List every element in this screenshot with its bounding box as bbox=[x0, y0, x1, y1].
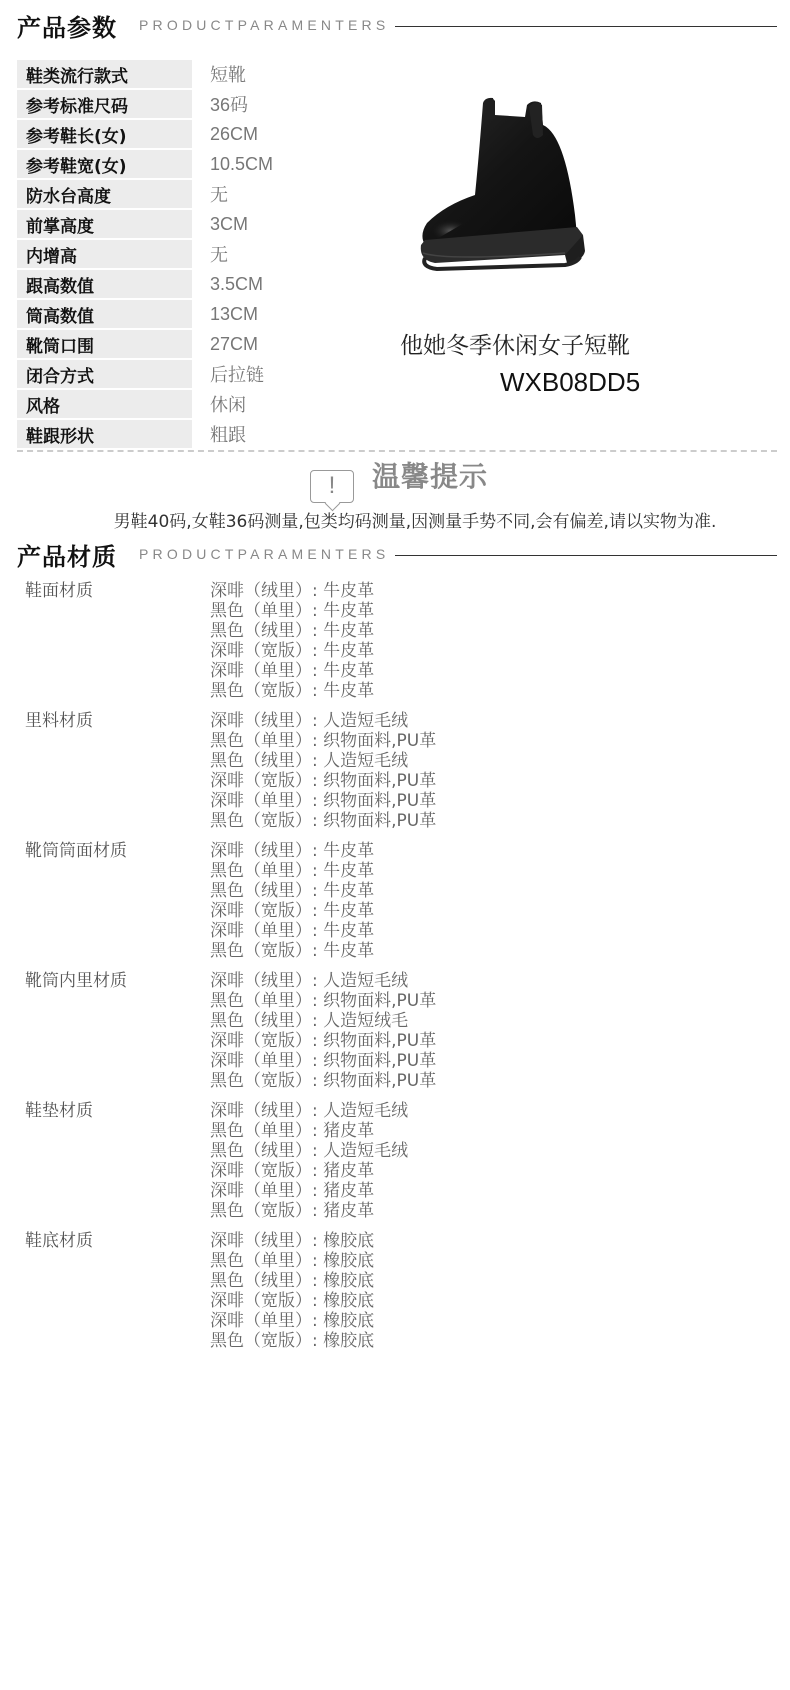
material-line: 黑色（单里）: 织物面料,PU革 bbox=[210, 731, 436, 751]
material-line: 深啡（绒里）: 牛皮革 bbox=[210, 581, 374, 601]
header-divider-line bbox=[395, 555, 777, 556]
param-value: 无 bbox=[192, 241, 228, 267]
param-row: 靴筒口围27CM bbox=[17, 329, 397, 359]
tip-text: 男鞋40码,女鞋36码测量,包类均码测量,因测量手势不同,会有偏差,请以实物为准… bbox=[0, 507, 790, 532]
product-code: WXB08DD5 bbox=[500, 367, 640, 398]
material-line: 黑色（绒里）: 人造短毛绒 bbox=[210, 1141, 408, 1161]
material-line: 黑色（单里）: 织物面料,PU革 bbox=[210, 991, 436, 1011]
material-line: 黑色（绒里）: 牛皮革 bbox=[210, 881, 374, 901]
material-line: 深啡（单里）: 织物面料,PU革 bbox=[210, 791, 436, 811]
params-section-title: 产品参数 bbox=[17, 8, 117, 43]
param-label: 风格 bbox=[17, 390, 192, 418]
param-value: 无 bbox=[192, 181, 228, 207]
param-label: 内增高 bbox=[17, 240, 192, 268]
param-label: 筒高数值 bbox=[17, 300, 192, 328]
param-value: 3.5CM bbox=[192, 274, 263, 295]
header-divider-line bbox=[395, 26, 777, 27]
materials-section-title: 产品材质 bbox=[17, 537, 117, 572]
materials-list: 鞋面材质 深啡（绒里）: 牛皮革 黑色（单里）: 牛皮革 黑色（绒里）: 牛皮革… bbox=[25, 581, 725, 1361]
material-line: 黑色（宽版）: 牛皮革 bbox=[210, 941, 374, 961]
material-line: 深啡（宽版）: 牛皮革 bbox=[210, 901, 374, 921]
material-group: 鞋面材质 深啡（绒里）: 牛皮革 黑色（单里）: 牛皮革 黑色（绒里）: 牛皮革… bbox=[25, 581, 725, 701]
param-row: 鞋跟形状粗跟 bbox=[17, 419, 397, 449]
param-row: 防水台高度无 bbox=[17, 179, 397, 209]
param-value: 短靴 bbox=[192, 61, 246, 87]
material-line: 深啡（单里）: 橡胶底 bbox=[210, 1311, 374, 1331]
material-line: 黑色（单里）: 牛皮革 bbox=[210, 601, 374, 621]
param-value: 3CM bbox=[192, 214, 248, 235]
material-line: 深啡（绒里）: 橡胶底 bbox=[210, 1231, 374, 1251]
material-line: 黑色（宽版）: 猪皮革 bbox=[210, 1201, 408, 1221]
param-label: 闭合方式 bbox=[17, 360, 192, 388]
param-value: 后拉链 bbox=[192, 361, 264, 387]
material-line: 黑色（宽版）: 织物面料,PU革 bbox=[210, 811, 436, 831]
materials-section-subtitle: PRODUCTPARAMENTERS bbox=[139, 546, 389, 562]
material-group: 靴筒筒面材质 深啡（绒里）: 牛皮革 黑色（单里）: 牛皮革 黑色（绒里）: 牛… bbox=[25, 841, 725, 961]
material-line: 黑色（绒里）: 橡胶底 bbox=[210, 1271, 374, 1291]
product-name: 他她冬季休闲女子短靴 bbox=[400, 327, 630, 360]
param-value: 26CM bbox=[192, 124, 258, 145]
param-label: 参考标准尺码 bbox=[17, 90, 192, 118]
params-section-subtitle: PRODUCTPARAMENTERS bbox=[139, 17, 389, 33]
material-line: 黑色（绒里）: 牛皮革 bbox=[210, 621, 374, 641]
material-line: 黑色（单里）: 猪皮革 bbox=[210, 1121, 408, 1141]
params-section-header: 产品参数 PRODUCTPARAMENTERS bbox=[17, 5, 777, 45]
param-value: 27CM bbox=[192, 334, 258, 355]
material-label: 里料材质 bbox=[25, 711, 210, 831]
params-table: 鞋类流行款式短靴 参考标准尺码36码 参考鞋长(女)26CM 参考鞋宽(女)10… bbox=[17, 59, 397, 449]
material-line: 深啡（宽版）: 织物面料,PU革 bbox=[210, 771, 436, 791]
material-group: 鞋垫材质 深啡（绒里）: 人造短毛绒 黑色（单里）: 猪皮革 黑色（绒里）: 人… bbox=[25, 1101, 725, 1221]
param-label: 前掌高度 bbox=[17, 210, 192, 238]
black-ankle-boot-image bbox=[415, 95, 605, 295]
material-line: 深啡（宽版）: 橡胶底 bbox=[210, 1291, 374, 1311]
material-group: 里料材质 深啡（绒里）: 人造短毛绒 黑色（单里）: 织物面料,PU革 黑色（绒… bbox=[25, 711, 725, 831]
materials-section-header: 产品材质 PRODUCTPARAMENTERS bbox=[17, 534, 777, 574]
material-line: 深啡（绒里）: 人造短毛绒 bbox=[210, 711, 436, 731]
param-label: 参考鞋长(女) bbox=[17, 120, 192, 148]
param-label: 靴筒口围 bbox=[17, 330, 192, 358]
tip-title: 温馨提示 bbox=[372, 455, 488, 495]
param-row: 前掌高度3CM bbox=[17, 209, 397, 239]
param-label: 防水台高度 bbox=[17, 180, 192, 208]
material-line: 深啡（绒里）: 牛皮革 bbox=[210, 841, 374, 861]
material-line: 黑色（宽版）: 牛皮革 bbox=[210, 681, 374, 701]
material-label: 靴筒筒面材质 bbox=[25, 841, 210, 961]
material-line: 黑色（单里）: 牛皮革 bbox=[210, 861, 374, 881]
param-value: 13CM bbox=[192, 304, 258, 325]
param-row: 内增高无 bbox=[17, 239, 397, 269]
material-line: 黑色（宽版）: 织物面料,PU革 bbox=[210, 1071, 436, 1091]
param-row: 筒高数值13CM bbox=[17, 299, 397, 329]
material-line: 黑色（绒里）: 人造短毛绒 bbox=[210, 751, 436, 771]
material-line: 黑色（单里）: 橡胶底 bbox=[210, 1251, 374, 1271]
param-row: 鞋类流行款式短靴 bbox=[17, 59, 397, 89]
material-line: 黑色（绒里）: 人造短绒毛 bbox=[210, 1011, 436, 1031]
param-value: 休闲 bbox=[192, 391, 246, 417]
exclamation-speech-bubble-icon: ! bbox=[310, 470, 354, 503]
material-line: 黑色（宽版）: 橡胶底 bbox=[210, 1331, 374, 1351]
material-line: 深啡（单里）: 猪皮革 bbox=[210, 1181, 408, 1201]
param-value: 粗跟 bbox=[192, 421, 246, 447]
material-group: 鞋底材质 深啡（绒里）: 橡胶底 黑色（单里）: 橡胶底 黑色（绒里）: 橡胶底… bbox=[25, 1231, 725, 1351]
material-line: 深啡（单里）: 牛皮革 bbox=[210, 661, 374, 681]
material-line: 深啡（绒里）: 人造短毛绒 bbox=[210, 1101, 408, 1121]
material-line: 深啡（宽版）: 织物面料,PU革 bbox=[210, 1031, 436, 1051]
param-row: 参考标准尺码36码 bbox=[17, 89, 397, 119]
param-row: 跟高数值3.5CM bbox=[17, 269, 397, 299]
material-line: 深啡（单里）: 牛皮革 bbox=[210, 921, 374, 941]
material-label: 鞋底材质 bbox=[25, 1231, 210, 1351]
material-group: 靴筒内里材质 深啡（绒里）: 人造短毛绒 黑色（单里）: 织物面料,PU革 黑色… bbox=[25, 971, 725, 1091]
material-line: 深啡（宽版）: 猪皮革 bbox=[210, 1161, 408, 1181]
material-label: 靴筒内里材质 bbox=[25, 971, 210, 1091]
dashed-divider bbox=[17, 450, 777, 452]
param-label: 鞋跟形状 bbox=[17, 420, 192, 448]
param-label: 跟高数值 bbox=[17, 270, 192, 298]
param-row: 闭合方式后拉链 bbox=[17, 359, 397, 389]
material-line: 深啡（单里）: 织物面料,PU革 bbox=[210, 1051, 436, 1071]
material-label: 鞋垫材质 bbox=[25, 1101, 210, 1221]
param-row: 参考鞋宽(女)10.5CM bbox=[17, 149, 397, 179]
param-value: 36码 bbox=[192, 91, 248, 117]
param-value: 10.5CM bbox=[192, 154, 273, 175]
material-line: 深啡（宽版）: 牛皮革 bbox=[210, 641, 374, 661]
material-line: 深啡（绒里）: 人造短毛绒 bbox=[210, 971, 436, 991]
param-row: 参考鞋长(女)26CM bbox=[17, 119, 397, 149]
param-label: 鞋类流行款式 bbox=[17, 60, 192, 88]
param-label: 参考鞋宽(女) bbox=[17, 150, 192, 178]
material-label: 鞋面材质 bbox=[25, 581, 210, 701]
param-row: 风格休闲 bbox=[17, 389, 397, 419]
